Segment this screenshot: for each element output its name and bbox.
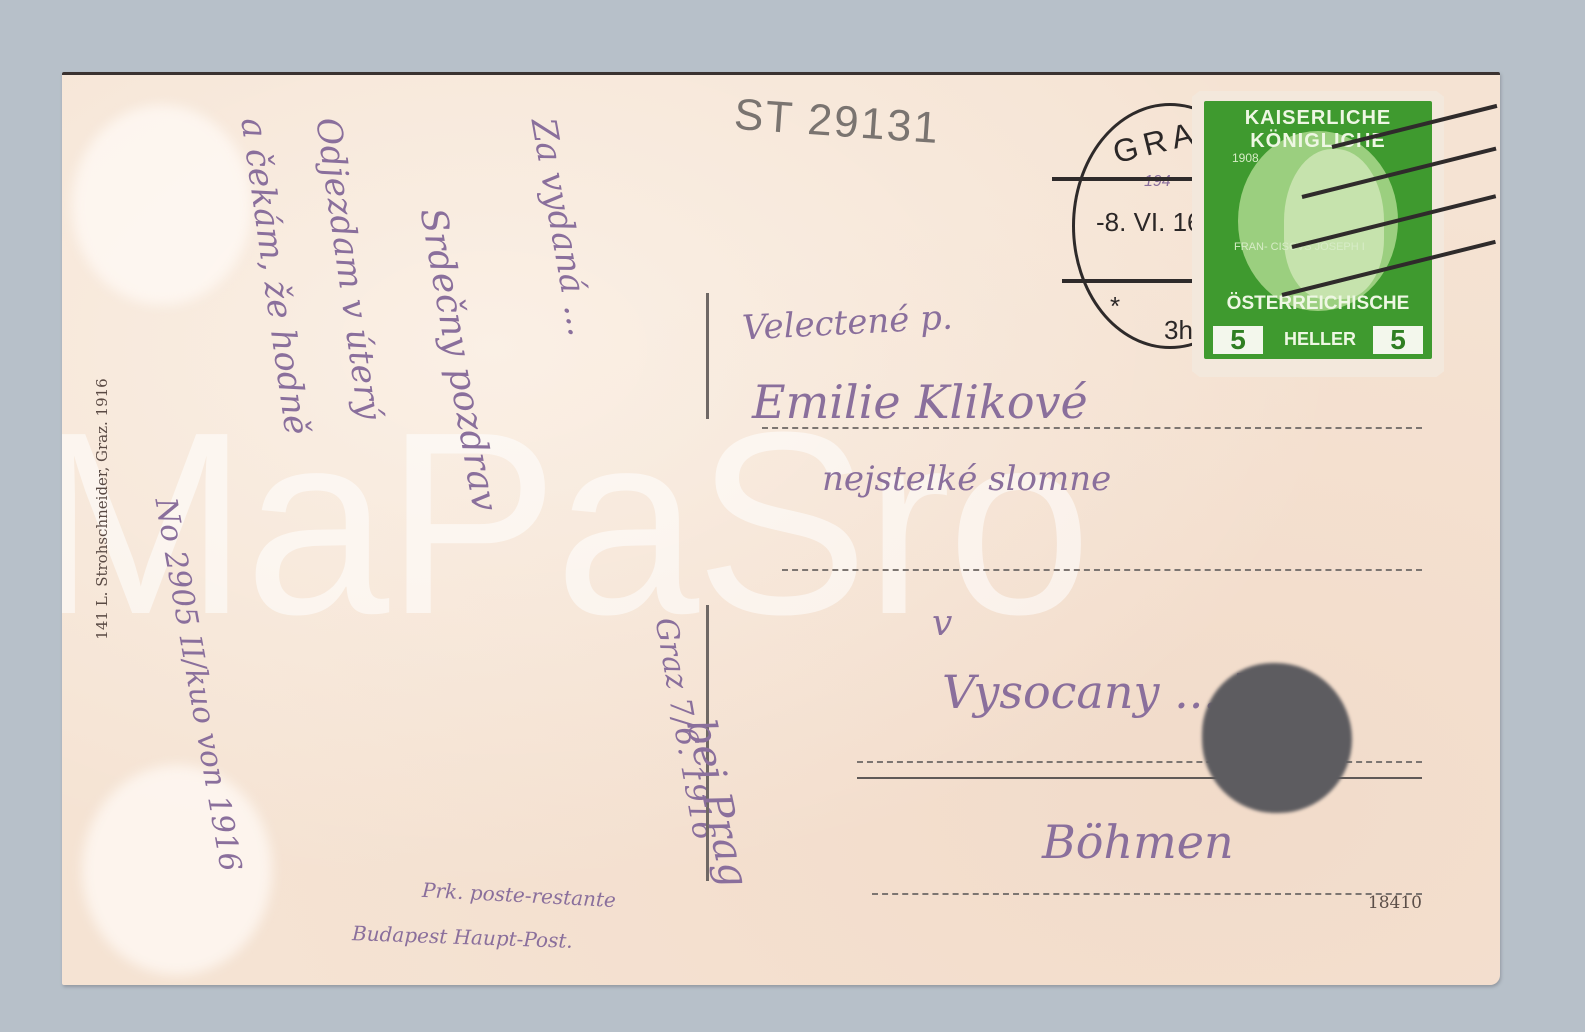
address-name: Emilie Klikové bbox=[752, 375, 1088, 429]
address-region: Böhmen bbox=[1042, 815, 1234, 869]
stamp-denomination: HELLER bbox=[1284, 329, 1354, 350]
address-line-2: nejstelké slomne bbox=[822, 459, 1111, 499]
postmark-pencil-number: 194 bbox=[1144, 173, 1171, 191]
message-line: Za vydaná ... bbox=[523, 115, 601, 339]
address-prefix: v bbox=[932, 603, 952, 644]
ink-blot bbox=[1202, 663, 1352, 813]
stamp-value-left: 5 bbox=[1210, 323, 1266, 357]
message-footer-1: Prk. poste-restante bbox=[422, 878, 617, 912]
divider-line bbox=[706, 293, 709, 419]
stamp-bottom-text: ÖSTERREICHISCHE bbox=[1204, 293, 1432, 315]
emperor-portrait bbox=[1284, 149, 1384, 299]
address-salutation: Velectené p. bbox=[741, 298, 954, 349]
postmark-star: * bbox=[1110, 291, 1120, 322]
publisher-imprint: 141 L. Strohschneider, Graz. 1916 bbox=[82, 300, 102, 720]
serial-number: 18410 bbox=[1368, 893, 1422, 913]
postmark-time: 3h bbox=[1164, 315, 1193, 346]
pencil-note: ST 29131 bbox=[733, 90, 942, 154]
address-line bbox=[872, 893, 1422, 895]
postcard-back: MaPaSro 141 L. Strohschneider, Graz. 191… bbox=[62, 72, 1500, 985]
postage-stamp: KAISERLICHE KÖNIGLICHE 1908 FRAN- CISCVS… bbox=[1192, 91, 1444, 377]
message-footer-2: Budapest Haupt-Post. bbox=[352, 921, 573, 953]
stamp-value-right: 5 bbox=[1370, 323, 1426, 357]
address-line bbox=[782, 569, 1422, 571]
address-line bbox=[762, 427, 1422, 429]
publisher-imprint-text: 141 L. Strohschneider, Graz. 1916 bbox=[93, 299, 111, 719]
paper-stain bbox=[82, 765, 272, 975]
stamp-year: 1908 bbox=[1232, 151, 1259, 165]
paper-stain bbox=[72, 105, 252, 305]
